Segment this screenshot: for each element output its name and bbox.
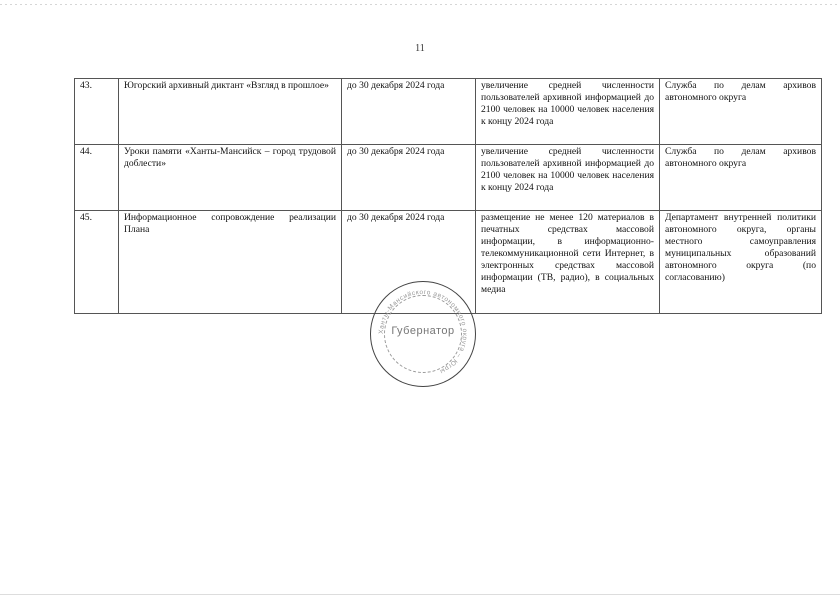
scan-artifact-line xyxy=(0,4,840,5)
event-deadline: до 30 декабря 2024 года xyxy=(342,145,476,211)
event-name: Уроки памяти «Ханты-Мансийск – город тру… xyxy=(119,145,342,211)
plan-table: 43. Югорский архивный диктант «Взгляд в … xyxy=(74,78,822,314)
event-result: увеличение средней численности пользоват… xyxy=(476,79,660,145)
event-responsible: Департамент внутренней политики автономн… xyxy=(660,211,822,314)
event-deadline: до 30 декабря 2024 года xyxy=(342,79,476,145)
event-result: размещение не менее 120 материалов в печ… xyxy=(476,211,660,314)
event-responsible: Служба по делам архивов автономного окру… xyxy=(660,145,822,211)
table-row: 43. Югорский архивный диктант «Взгляд в … xyxy=(75,79,822,145)
event-name: Информационное сопровождение реализации … xyxy=(119,211,342,314)
row-number: 43. xyxy=(75,79,119,145)
row-number: 44. xyxy=(75,145,119,211)
event-result: увеличение средней численности пользоват… xyxy=(476,145,660,211)
table-row: 44. Уроки памяти «Ханты-Мансийск – город… xyxy=(75,145,822,211)
scan-bottom-edge xyxy=(0,594,840,595)
page-number: 11 xyxy=(0,43,840,54)
seal-label: Губернатор xyxy=(371,325,475,337)
official-seal: Ханты-Мансийского автономного округа – Ю… xyxy=(370,281,476,387)
event-name: Югорский архивный диктант «Взгляд в прош… xyxy=(119,79,342,145)
row-number: 45. xyxy=(75,211,119,314)
event-responsible: Служба по делам архивов автономного окру… xyxy=(660,79,822,145)
